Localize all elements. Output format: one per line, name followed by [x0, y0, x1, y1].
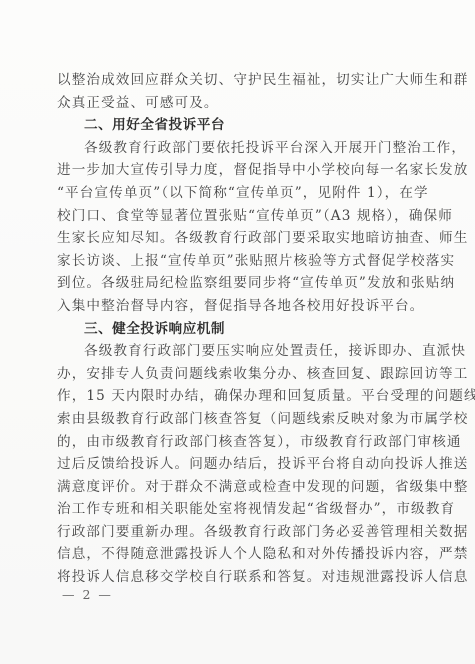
section-heading: 三、健全投诉响应机制 [57, 318, 411, 341]
text-line: 治工作专班和相关职能处室将视情发起“省级督办”，市级教育 [57, 498, 411, 521]
text-line: 各级教育行政部门要压实响应处置责任，接诉即办、直派快 [57, 340, 411, 363]
section-heading: 二、用好全省投诉平台 [57, 114, 411, 137]
text-line: 家长访谈、上报“宣传单页”张贴照片核验等方式督促学校落实 [57, 250, 411, 273]
text-line: 各级教育行政部门要依托投诉平台深入开展开门整治工作， [57, 137, 411, 160]
text-line: 行政部门要重新办理。各级教育行政部门务必妥善管理相关数据 [57, 521, 411, 544]
text-line: 进一步加大宣传引导力度，督促指导中小学校向每一名家长发放 [57, 159, 411, 182]
document-page: 以整治成效回应群众关切、守护民生福祉，切实让广大师生和群 众真正受益、可感可及。… [0, 0, 475, 664]
text-line: 信息，不得随意泄露投诉人个人隐私和对外传播投诉内容，严禁 [57, 543, 411, 566]
text-line: 办，安排专人负责问题线索收集分办、核查回复、跟踪回访等工 [57, 363, 411, 386]
text-line: 过后反馈给投诉人。问题办结后，投诉平台将自动向投诉人推送 [57, 453, 411, 476]
text-line: 众真正受益、可感可及。 [57, 92, 411, 115]
text-line: “平台宣传单页”（以下简称“宣传单页”，见附件 1），在学 [57, 182, 411, 205]
text-line: 的，由市级教育行政部门核查答复），市级教育行政部门审核通 [57, 431, 411, 454]
page-number: — 2 — [62, 587, 113, 602]
text-line: 作，15 天内限时办结，确保办理和回复质量。平台受理的问题线 [57, 385, 411, 408]
text-line: 以整治成效回应群众关切、守护民生福祉，切实让广大师生和群 [57, 69, 411, 92]
text-line: 索由县级教育行政部门核查答复（问题线索反映对象为市属学校 [57, 408, 411, 431]
text-line: 生家长应知尽知。各级教育行政部门要采取实地暗访抽查、师生 [57, 227, 411, 250]
document-body: 以整治成效回应群众关切、守护民生福祉，切实让广大师生和群 众真正受益、可感可及。… [57, 69, 411, 589]
text-line: 将投诉人信息移交学校自行联系和答复。对违规泄露投诉人信息 [57, 566, 411, 589]
text-line: 入集中整治督导内容，督促指导各地各校用好投诉平台。 [57, 295, 411, 318]
text-line: 满意度评价。对于群众不满意或检查中发现的问题，省级集中整 [57, 476, 411, 499]
text-line: 校门口、食堂等显著位置张贴“宣传单页”（A3 规格），确保师 [57, 205, 411, 228]
text-line: 到位。各级驻局纪检监察组要同步将“宣传单页”发放和张贴纳 [57, 272, 411, 295]
